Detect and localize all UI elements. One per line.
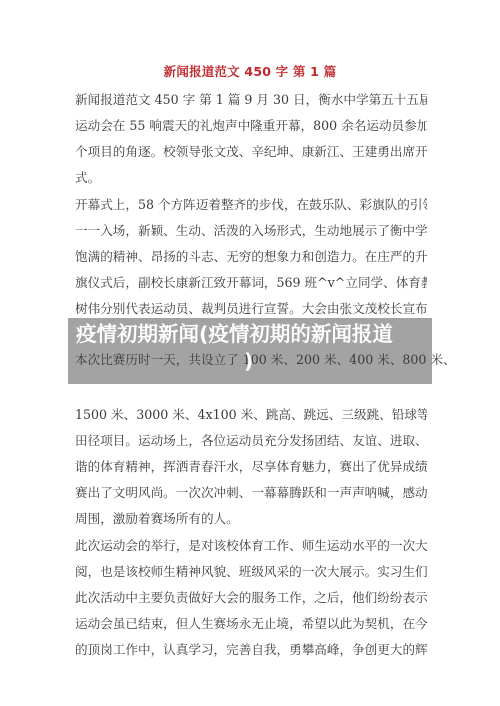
paragraph-line: 田径项目。运动场上，各位运动员充分发扬团结、友谊、进取、和 (75, 432, 427, 450)
banner-title-continued: ) (244, 348, 253, 374)
paragraph-line: 饱满的精神、昂扬的斗志、无穷的想象力和创造力。在庄严的升国 (75, 248, 427, 266)
document-page: 新闻报道范文 450 字 第 1 篇 新闻报道范文 450 字 第 1 篇 9 … (0, 0, 500, 706)
paragraph-line: 一一入场，新颖、生动、活泼的入场形式，生动地展示了衡中学子 (75, 222, 427, 240)
paragraph-line: 旗仪式后，副校长康新江致开幕词，569 班^v^立同学、体育教师曹 (75, 274, 427, 292)
paragraph-line: 树伟分别代表运动员、裁判员进行宣誓。大会由张文茂校长宣布开 (75, 300, 427, 318)
document-title: 新闻报道范文 450 字 第 1 篇 (0, 63, 500, 81)
paragraph-line: 开幕式上，58 个方阵迈着整齐的步伐，在鼓乐队、彩旗队的引领下 (75, 196, 427, 214)
paragraph-line: 运动会虽已结束，但人生赛场永无止境，希望以此为契机，在今后 (75, 615, 427, 633)
paragraph-line: 式。 (75, 169, 427, 187)
paragraph-line: 运动会在 55 响震天的礼炮声中隆重开幕，800 余名运动员参加了 30 (75, 117, 427, 135)
paragraph-line: 1500 米、3000 米、4x100 米、跳高、跳远、三级跳、铅球等 30 个 (75, 406, 427, 424)
banner-title: 疫情初期新闻(疫情初期的新闻报道 (76, 321, 432, 347)
paragraph-line: 赛出了文明风尚。一次次冲刺、一幕幕腾跃和一声声呐喊，感动着 (75, 484, 427, 502)
paragraph-line: 谐的体育精神，挥洒青春汗水，尽享体育魅力，赛出了优异成绩， (75, 458, 427, 476)
paragraph-line: 新闻报道范文 450 字 第 1 篇 9 月 30 日，衡水中学第五十五届田径 (75, 91, 427, 109)
paragraph-line: 个项目的角逐。校领导张文茂、辛纪坤、康新江、王建勇出席开幕 (75, 143, 427, 161)
overlay-title-banner: 本次比赛历时一天，共设立了 100 米、200 米、400 米、800 米、 疫… (68, 318, 432, 384)
paragraph-line: 此次活动中主要负责做好大会的服务工作，之后，他们纷纷表示， (75, 589, 427, 607)
paragraph-line: 此次运动会的举行，是对该校体育工作、师生运动水平的一次大检 (75, 537, 427, 555)
paragraph-line: 的顶岗工作中，认真学习，完善自我，勇攀高峰，争创更大的辉 (75, 641, 427, 659)
paragraph-line: 阅，也是该校师生精神风貌、班级风采的一次大展示。实习生们在 (75, 563, 427, 581)
paragraph-line: 周围，激励着赛场所有的人。 (75, 510, 427, 528)
